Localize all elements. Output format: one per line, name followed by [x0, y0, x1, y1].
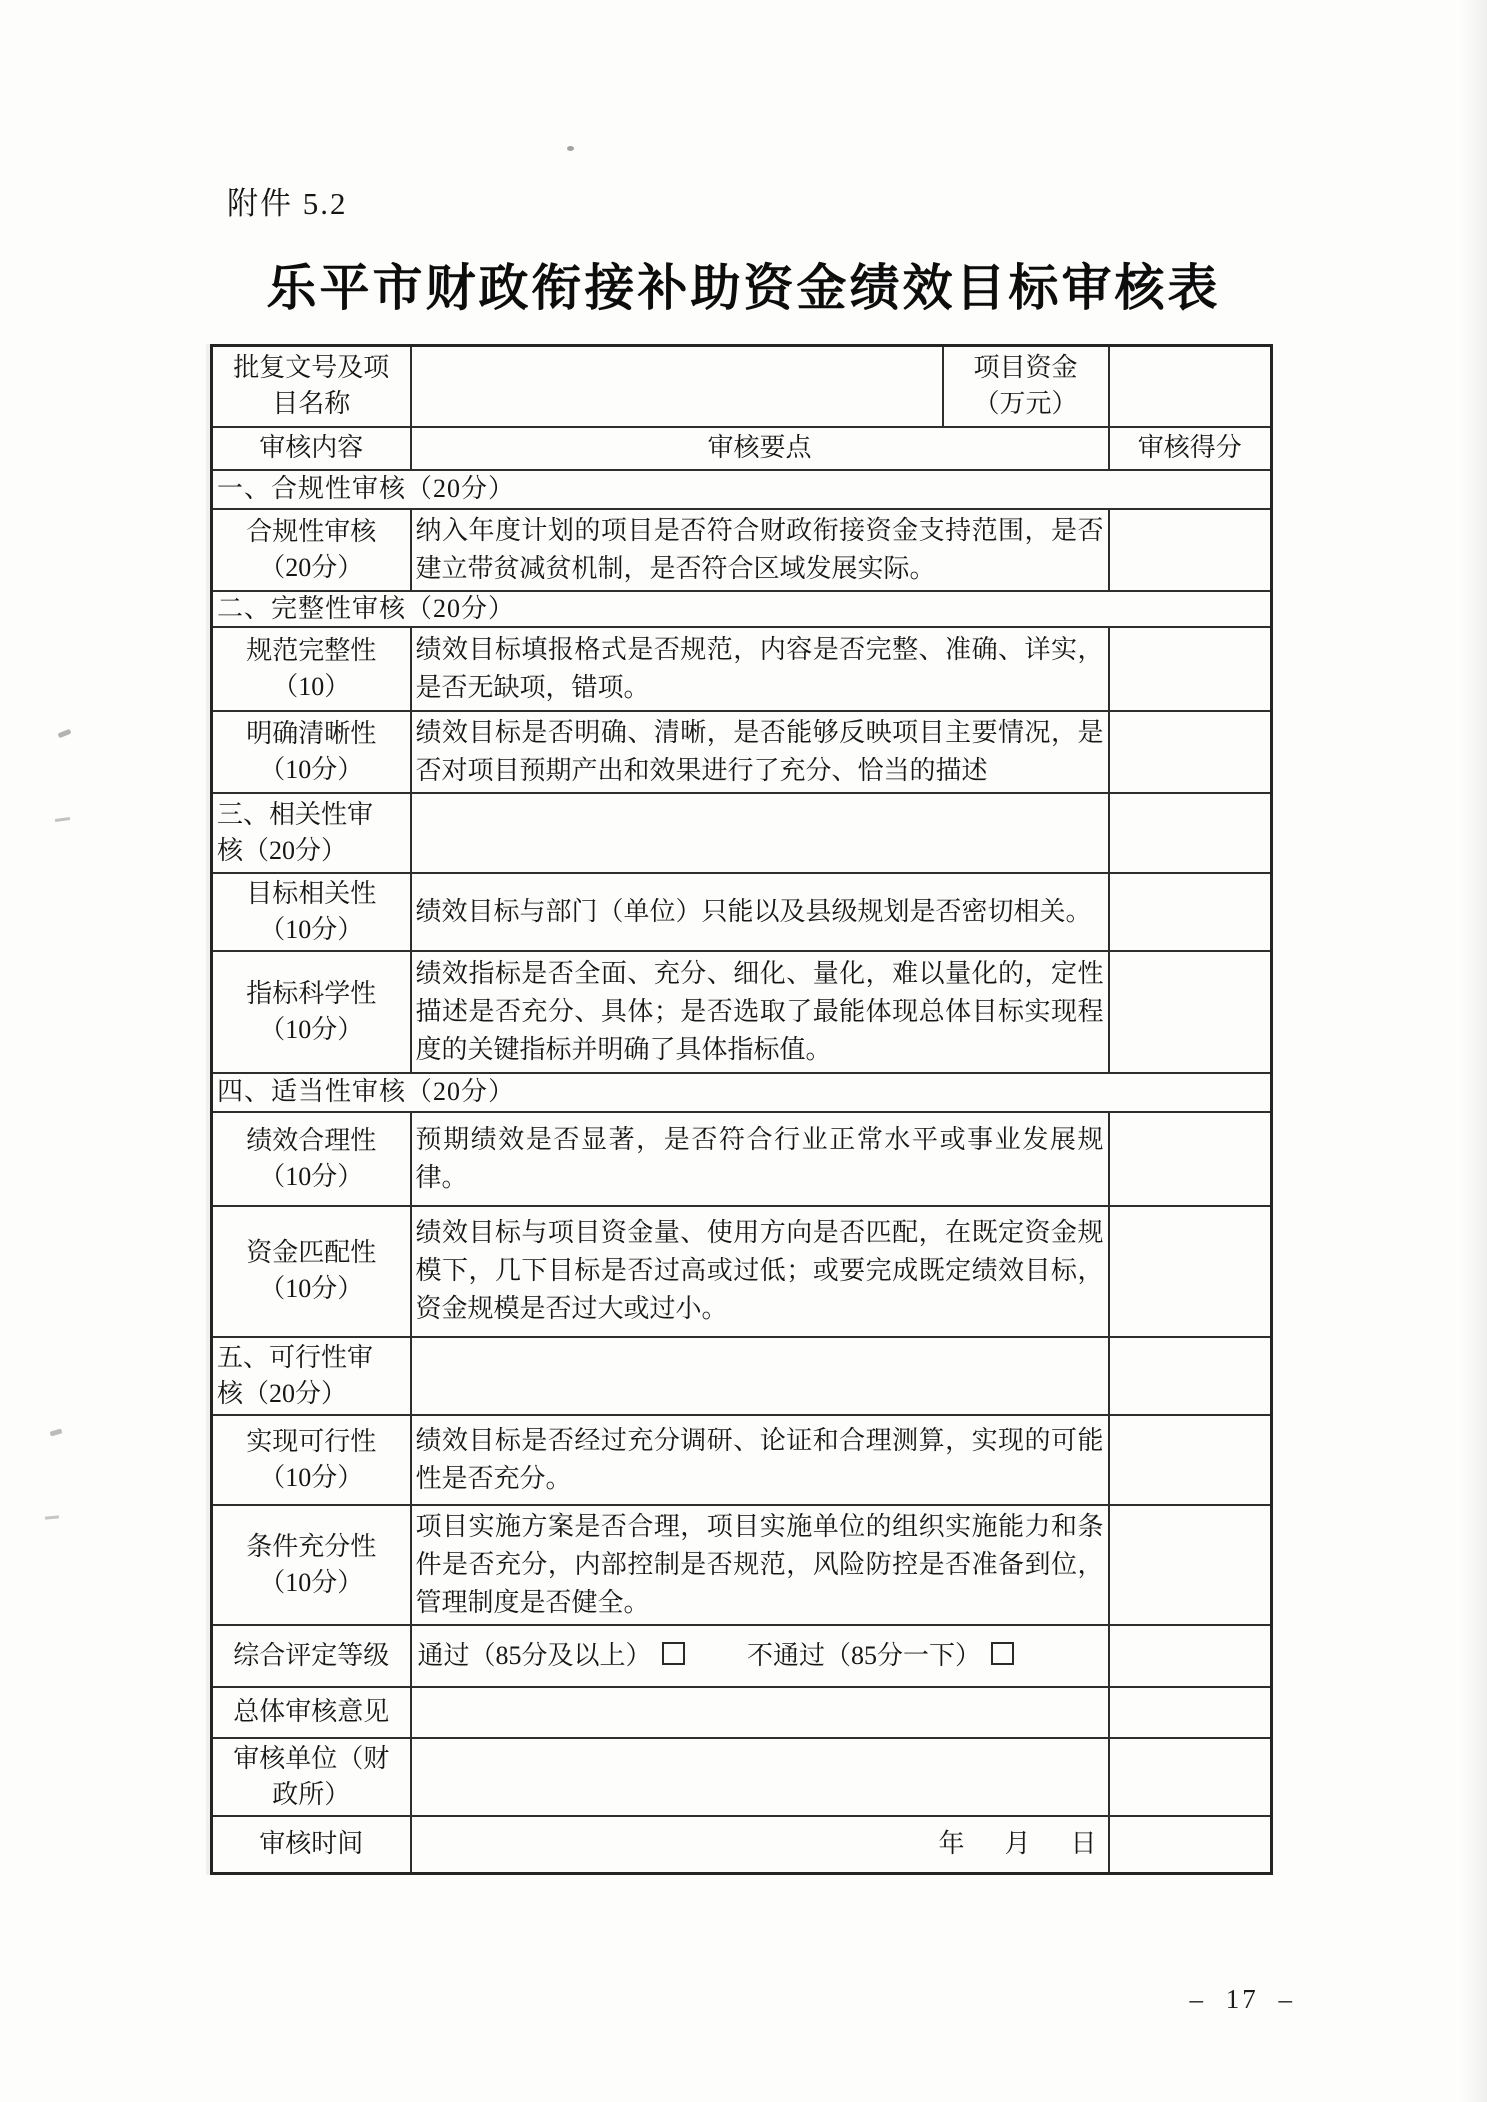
scan-speck: [567, 146, 574, 151]
fund-label-cell: 项目资金 （万元）: [943, 346, 1109, 427]
row-label-cell: 审核单位（财 政所）: [212, 1738, 411, 1816]
score-cell: [1109, 1206, 1272, 1337]
section-row-feasibility: 五、可行性审 核（20分）: [212, 1337, 1272, 1415]
page-title: 乐平市财政衔接补助资金绩效目标审核表: [0, 248, 1487, 320]
review-date-cell: 年 月 日: [411, 1816, 1109, 1874]
row-label-cell: 绩效合理性 （10分）: [212, 1112, 411, 1206]
row-points-cell: 绩效目标是否明确、清晰，是否能够反映项目主要情况，是否对项目预期产出和效果进行了…: [411, 711, 1109, 793]
section-label: 二、完整性审核（20分）: [212, 591, 1272, 627]
checkbox-icon: [662, 1642, 685, 1665]
page-number: – 17 –: [1190, 1984, 1296, 2015]
row-points-cell: [411, 1337, 1109, 1415]
fail-option: 不通过（85分一下）: [747, 1637, 1014, 1675]
scan-speck: [55, 817, 70, 822]
score-cell: [1109, 1625, 1272, 1687]
score-cell: [1109, 627, 1272, 711]
pass-option-label: 通过（85分及以上）: [418, 1641, 652, 1670]
section-label: 四、适当性审核（20分）: [212, 1073, 1272, 1112]
table-row: 绩效合理性 （10分） 预期绩效是否显著，是否符合行业正常水平或事业发展规律。: [212, 1112, 1272, 1206]
table-row: 目标相关性 （10分） 绩效目标与部门（单位）只能以及县级规划是否密切相关。: [212, 873, 1272, 951]
section-label: 一、合规性审核（20分）: [212, 470, 1272, 509]
row-label-cell: 目标相关性 （10分）: [212, 873, 411, 951]
section-row-appropriateness: 四、适当性审核（20分）: [212, 1073, 1272, 1112]
score-cell: [1109, 1415, 1272, 1505]
table-row-grade: 综合评定等级 通过（85分及以上） 不通过（85分一下）: [212, 1625, 1272, 1687]
table-row: 实现可行性 （10分） 绩效目标是否经过充分调研、论证和合理测算，实现的可能性是…: [212, 1415, 1272, 1505]
table-row-unit: 审核单位（财 政所）: [212, 1738, 1272, 1816]
row-points-cell: 预期绩效是否显著，是否符合行业正常水平或事业发展规律。: [411, 1112, 1109, 1206]
row-label-cell: 规范完整性 （10）: [212, 627, 411, 711]
table-row: 资金匹配性 （10分） 绩效目标与项目资金量、使用方向是否匹配，在既定资金规模下…: [212, 1206, 1272, 1337]
row-label-cell: 条件充分性 （10分）: [212, 1505, 411, 1625]
row-label-cell: 指标科学性 （10分）: [212, 951, 411, 1073]
score-cell: [1109, 1112, 1272, 1206]
scanned-document-page: 附件 5.2 乐平市财政衔接补助资金绩效目标审核表 批复文号及项 目名称 项目资…: [0, 0, 1487, 2102]
score-cell: [1109, 1337, 1272, 1415]
row-points-cell: 绩效指标是否全面、充分、细化、量化，难以量化的，定性描述是否充分、具体；是否选取…: [411, 951, 1109, 1073]
score-cell: [1109, 509, 1272, 591]
row-points-cell: 绩效目标与项目资金量、使用方向是否匹配，在既定资金规模下，几下目标是否过高或过低…: [411, 1206, 1109, 1337]
row-points-cell: 绩效目标填报格式是否规范，内容是否完整、准确、详实，是否无缺项，错项。: [411, 627, 1109, 711]
doc-number-value-cell: [411, 346, 943, 427]
grade-options-cell: 通过（85分及以上） 不通过（85分一下）: [411, 1625, 1109, 1687]
row-label-cell: 资金匹配性 （10分）: [212, 1206, 411, 1337]
row-points-cell: [411, 1738, 1109, 1816]
score-cell: [1109, 711, 1272, 793]
pass-option: 通过（85分及以上）: [418, 1637, 685, 1675]
row-label-cell: 实现可行性 （10分）: [212, 1415, 411, 1505]
scan-speck: [45, 1515, 59, 1519]
row-label-cell: 三、相关性审 核（20分）: [212, 793, 411, 873]
table-row-doc-header: 批复文号及项 目名称 项目资金 （万元）: [212, 346, 1272, 427]
review-table: 批复文号及项 目名称 项目资金 （万元） 审核内容 审核要点 审核得分 一、合规…: [210, 344, 1273, 1875]
score-cell: [1109, 1738, 1272, 1816]
section-row-completeness: 二、完整性审核（20分）: [212, 591, 1272, 627]
table-row: 条件充分性 （10分） 项目实施方案是否合理，项目实施单位的组织实施能力和条件是…: [212, 1505, 1272, 1625]
grade-options: 通过（85分及以上） 不通过（85分一下）: [416, 1637, 1104, 1675]
row-points-cell: 绩效目标是否经过充分调研、论证和合理测算，实现的可能性是否充分。: [411, 1415, 1109, 1505]
row-points-cell: 项目实施方案是否合理，项目实施单位的组织实施能力和条件是否充分，内部控制是否规范…: [411, 1505, 1109, 1625]
table-row: 明确清晰性 （10分） 绩效目标是否明确、清晰，是否能够反映项目主要情况，是否对…: [212, 711, 1272, 793]
table-row: 规范完整性 （10） 绩效目标填报格式是否规范，内容是否完整、准确、详实，是否无…: [212, 627, 1272, 711]
column-header-points: 审核要点: [411, 427, 1109, 470]
score-cell: [1109, 873, 1272, 951]
row-points-cell: 纳入年度计划的项目是否符合财政衔接资金支持范围，是否建立带贫减贫机制，是否符合区…: [411, 509, 1109, 591]
row-label-cell: 综合评定等级: [212, 1625, 411, 1687]
score-cell: [1109, 1687, 1272, 1738]
row-label-cell: 总体审核意见: [212, 1687, 411, 1738]
table-row-opinion: 总体审核意见: [212, 1687, 1272, 1738]
row-points-cell: 绩效目标与部门（单位）只能以及县级规划是否密切相关。: [411, 873, 1109, 951]
row-label-cell: 五、可行性审 核（20分）: [212, 1337, 411, 1415]
fail-option-label: 不通过（85分一下）: [747, 1641, 981, 1670]
fund-value-cell: [1109, 346, 1272, 427]
row-label-cell: 明确清晰性 （10分）: [212, 711, 411, 793]
table-row: 合规性审核 （20分） 纳入年度计划的项目是否符合财政衔接资金支持范围，是否建立…: [212, 509, 1272, 591]
row-label-cell: 合规性审核 （20分）: [212, 509, 411, 591]
score-cell: [1109, 1505, 1272, 1625]
table-row-column-headers: 审核内容 审核要点 审核得分: [212, 427, 1272, 470]
section-row-compliance: 一、合规性审核（20分）: [212, 470, 1272, 509]
score-cell: [1109, 1816, 1272, 1874]
row-points-cell: [411, 1687, 1109, 1738]
scan-speck: [58, 729, 72, 739]
score-cell: [1109, 951, 1272, 1073]
row-label-cell: 审核时间: [212, 1816, 411, 1874]
checkbox-icon: [991, 1642, 1014, 1665]
section-row-relevance: 三、相关性审 核（20分）: [212, 793, 1272, 873]
table-row: 指标科学性 （10分） 绩效指标是否全面、充分、细化、量化，难以量化的，定性描述…: [212, 951, 1272, 1073]
attachment-label: 附件 5.2: [227, 178, 348, 223]
doc-number-label-cell: 批复文号及项 目名称: [212, 346, 411, 427]
column-header-score: 审核得分: [1109, 427, 1272, 470]
scan-speck: [50, 1428, 63, 1436]
table-row-time: 审核时间 年 月 日: [212, 1816, 1272, 1874]
row-points-cell: [411, 793, 1109, 873]
score-cell: [1109, 793, 1272, 873]
column-header-content: 审核内容: [212, 427, 411, 470]
